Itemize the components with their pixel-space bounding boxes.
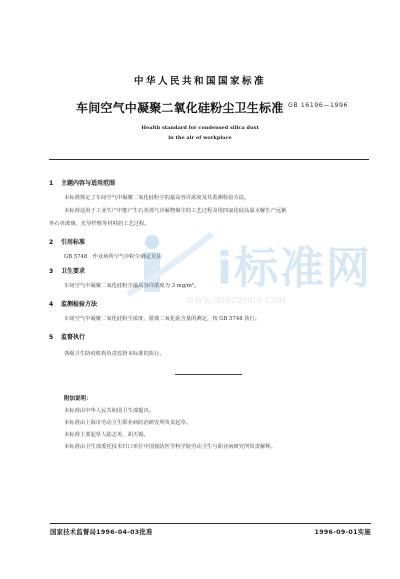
section-2-paragraph-1: GB 5748 作业场所空气中粉尘测定方法 xyxy=(64,252,161,260)
section-title: 卫生要求 xyxy=(61,268,85,275)
section-number: 2 xyxy=(49,239,61,246)
section-3-paragraph-1: 车间空气中凝聚二氧化硅粉尘最高容许浓度为 3 mg/m³。 xyxy=(64,281,199,289)
section-4-heading: 4监测检验方法 xyxy=(49,299,97,308)
section-title: 主题内容与适用范围 xyxy=(61,180,115,187)
section-1-paragraph-1: 本标准规定了车间空气中凝聚二氧化硅粉尘的最高容许浓度及其监测检验方法。 xyxy=(64,193,249,201)
section-4-paragraph-1: 车间空气中凝聚二氧化硅粉尘浓度、游离二氧化硅含量的测定，按 GB 5748 执行… xyxy=(64,314,260,322)
header-divider xyxy=(49,159,369,160)
section-1-paragraph-3: 外石英玻璃、光导纤维等材料的工艺过程。 xyxy=(49,219,150,227)
section-number: 1 xyxy=(49,180,61,187)
section-title: 监测检验方法 xyxy=(61,301,97,308)
additional-note-3: 本标准主要起草人陆志英、胡天锡。 xyxy=(64,430,149,438)
end-divider xyxy=(175,374,242,375)
section-number: 5 xyxy=(49,334,61,341)
section-number: 4 xyxy=(49,301,61,308)
national-standard-label: 中华人民共和国国家标准 xyxy=(0,73,400,87)
implementation-date: 1996-09-01实施 xyxy=(315,527,371,536)
section-3-heading: 3卫生要求 xyxy=(49,266,85,275)
section-1-paragraph-2: 本标准适用于工业生产中能产生石英蒸气冷凝物烟尘的工艺过程及用四氯化硅高温水解生产… xyxy=(64,206,286,214)
approval-date: 国家技术监督局1996-04-03批准 xyxy=(50,527,153,536)
additional-note-1: 本标准由中华人民共和国卫生部提出。 xyxy=(64,406,154,414)
section-5-paragraph-1: 各级卫生防疫机构负责监督本标准的执行。 xyxy=(64,349,165,357)
standard-number: GB 16196—1996 xyxy=(288,102,348,109)
section-title: 引用标准 xyxy=(61,239,85,246)
section-1-heading: 1主题内容与适用范围 xyxy=(49,178,115,187)
watermark-text: i标准网 xyxy=(217,232,372,296)
additional-note-4: 本标准由卫生部委托技术归口单位中国预防医学科学院劳动卫生与职业病研究所负责解释。 xyxy=(64,442,276,450)
section-5-heading: 5监督执行 xyxy=(49,332,85,341)
english-title-line-1: Health standard for condensed silica dus… xyxy=(0,125,400,131)
watermark-url: WWW.iBIAOZHUN.COM xyxy=(186,296,286,305)
document-title: 车间空气中凝聚二氧化硅粉尘卫生标准 xyxy=(76,99,283,116)
additional-notes-heading: 附加说明： xyxy=(64,394,92,402)
section-title: 监督执行 xyxy=(61,334,85,341)
section-number: 3 xyxy=(49,268,61,275)
english-title-line-2: in the air of workplace xyxy=(0,135,400,141)
section-2-heading: 2引用标准 xyxy=(49,237,85,246)
footer-divider xyxy=(50,523,371,524)
additional-note-2: 本标准由上海市劳动卫生职业病防治研究所负责起草。 xyxy=(64,418,191,426)
